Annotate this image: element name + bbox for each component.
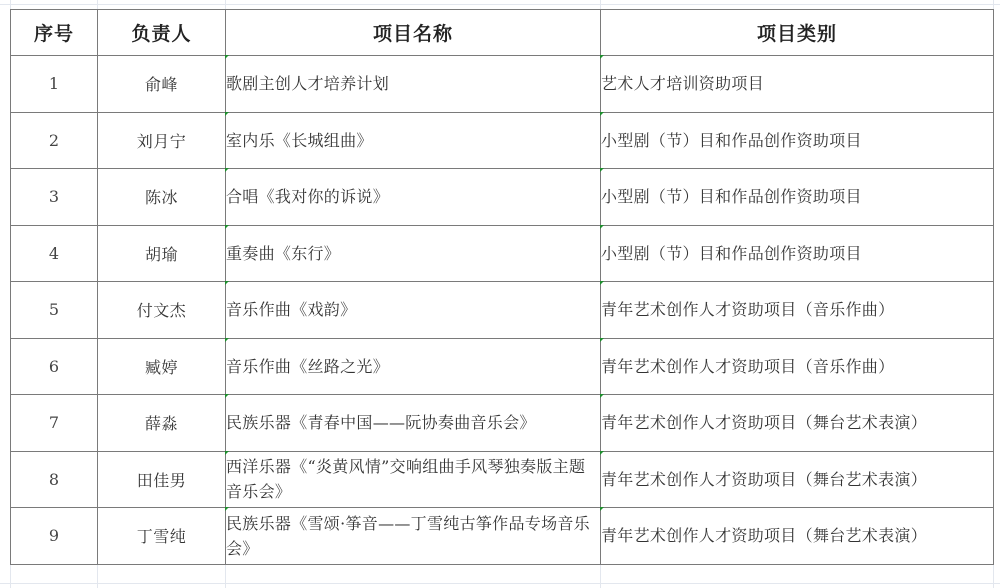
cell-category-text: 青年艺术创作人才资助项目（舞台艺术表演） [601,470,927,489]
header-cell-category[interactable]: 项目类别 [601,10,994,56]
cell-title-text: 音乐作曲《丝路之光》 [226,357,389,376]
header-cell-title[interactable]: 项目名称 [226,10,601,56]
table-row: 7 薛淼 民族乐器《青春中国——阮协奏曲音乐会》 青年艺术创作人才资助项目（舞台… [11,395,994,452]
error-indicator-icon [225,168,229,172]
cell-owner[interactable]: 田佳男 [98,451,226,508]
cell-category[interactable]: 青年艺术创作人才资助项目（音乐作曲） [601,338,994,395]
cell-title[interactable]: 重奏曲《东行》 [226,225,601,282]
cell-title-text: 合唱《我对你的诉说》 [226,187,389,206]
cell-title-text: 音乐作曲《戏韵》 [226,300,356,319]
cell-owner[interactable]: 胡瑜 [98,225,226,282]
cell-category-text: 青年艺术创作人才资助项目（舞台艺术表演） [601,526,927,545]
cell-no[interactable]: 2 [11,112,98,169]
cell-title-text: 歌剧主创人才培养计划 [226,74,389,93]
cell-no[interactable]: 7 [11,395,98,452]
error-indicator-icon [225,225,229,229]
cell-category-text: 青年艺术创作人才资助项目（音乐作曲） [601,357,894,376]
cell-category-text: 小型剧（节）目和作品创作资助项目 [601,187,862,206]
cell-category-text: 艺术人才培训资助项目 [601,74,764,93]
cell-category[interactable]: 小型剧（节）目和作品创作资助项目 [601,112,994,169]
cell-owner[interactable]: 丁雪纯 [98,508,226,565]
error-indicator-icon [225,281,229,285]
table-row: 5 付文杰 音乐作曲《戏韵》 青年艺术创作人才资助项目（音乐作曲） [11,282,994,339]
error-indicator-icon [225,451,229,455]
cell-title[interactable]: 民族乐器《雪颂·筝音——丁雪纯古筝作品专场音乐会》 [226,508,601,565]
cell-owner[interactable]: 付文杰 [98,282,226,339]
error-indicator-icon [225,338,229,342]
error-indicator-icon [600,55,604,59]
table-row: 9 丁雪纯 民族乐器《雪颂·筝音——丁雪纯古筝作品专场音乐会》 青年艺术创作人才… [11,508,994,565]
cell-no[interactable]: 8 [11,451,98,508]
cell-title-text: 西洋乐器《“炎黄风情”交响组曲手风琴独奏版主题音乐会》 [226,457,585,501]
cell-category[interactable]: 小型剧（节）目和作品创作资助项目 [601,169,994,226]
header-cell-no[interactable]: 序号 [11,10,98,56]
error-indicator-icon [600,451,604,455]
cell-owner[interactable]: 薛淼 [98,395,226,452]
cell-category[interactable]: 青年艺术创作人才资助项目（舞台艺术表演） [601,395,994,452]
header-cell-owner[interactable]: 负责人 [98,10,226,56]
cell-title[interactable]: 音乐作曲《丝路之光》 [226,338,601,395]
error-indicator-icon [600,507,604,511]
error-indicator-icon [225,55,229,59]
cell-owner[interactable]: 俞峰 [98,56,226,113]
error-indicator-icon [600,338,604,342]
cell-owner[interactable]: 臧婷 [98,338,226,395]
cell-title-text: 民族乐器《青春中国——阮协奏曲音乐会》 [226,413,536,432]
table-row: 2 刘月宁 室内乐《长城组曲》 小型剧（节）目和作品创作资助项目 [11,112,994,169]
cell-owner[interactable]: 刘月宁 [98,112,226,169]
cell-category[interactable]: 青年艺术创作人才资助项目（舞台艺术表演） [601,508,994,565]
cell-no[interactable]: 1 [11,56,98,113]
cell-title[interactable]: 音乐作曲《戏韵》 [226,282,601,339]
cell-owner[interactable]: 陈冰 [98,169,226,226]
cell-no[interactable]: 5 [11,282,98,339]
error-indicator-icon [600,394,604,398]
cell-category[interactable]: 小型剧（节）目和作品创作资助项目 [601,225,994,282]
error-indicator-icon [225,394,229,398]
header-row: 序号 负责人 项目名称 项目类别 [11,10,994,56]
table-row: 3 陈冰 合唱《我对你的诉说》 小型剧（节）目和作品创作资助项目 [11,169,994,226]
cell-title[interactable]: 歌剧主创人才培养计划 [226,56,601,113]
cell-category-text: 小型剧（节）目和作品创作资助项目 [601,131,862,150]
cell-category[interactable]: 艺术人才培训资助项目 [601,56,994,113]
error-indicator-icon [600,168,604,172]
table-row: 1 俞峰 歌剧主创人才培养计划 艺术人才培训资助项目 [11,56,994,113]
error-indicator-icon [600,225,604,229]
cell-category-text: 青年艺术创作人才资助项目（音乐作曲） [601,300,894,319]
cell-title-text: 重奏曲《东行》 [226,244,340,263]
table-row: 4 胡瑜 重奏曲《东行》 小型剧（节）目和作品创作资助项目 [11,225,994,282]
table-row: 8 田佳男 西洋乐器《“炎黄风情”交响组曲手风琴独奏版主题音乐会》 青年艺术创作… [11,451,994,508]
cell-no[interactable]: 3 [11,169,98,226]
cell-category-text: 青年艺术创作人才资助项目（舞台艺术表演） [601,413,927,432]
error-indicator-icon [600,112,604,116]
cell-title[interactable]: 合唱《我对你的诉说》 [226,169,601,226]
cell-title[interactable]: 室内乐《长城组曲》 [226,112,601,169]
cell-title[interactable]: 西洋乐器《“炎黄风情”交响组曲手风琴独奏版主题音乐会》 [226,451,601,508]
table-row: 6 臧婷 音乐作曲《丝路之光》 青年艺术创作人才资助项目（音乐作曲） [11,338,994,395]
cell-no[interactable]: 6 [11,338,98,395]
cell-no[interactable]: 9 [11,508,98,565]
cell-category-text: 小型剧（节）目和作品创作资助项目 [601,244,862,263]
cell-title[interactable]: 民族乐器《青春中国——阮协奏曲音乐会》 [226,395,601,452]
cell-category[interactable]: 青年艺术创作人才资助项目（音乐作曲） [601,282,994,339]
cell-no[interactable]: 4 [11,225,98,282]
error-indicator-icon [225,112,229,116]
error-indicator-icon [225,507,229,511]
cell-title-text: 民族乐器《雪颂·筝音——丁雪纯古筝作品专场音乐会》 [226,514,590,558]
cell-category[interactable]: 青年艺术创作人才资助项目（舞台艺术表演） [601,451,994,508]
error-indicator-icon [600,281,604,285]
project-table: 序号 负责人 项目名称 项目类别 1 俞峰 歌剧主创人才培养计划 艺术人才培训资… [10,9,994,565]
cell-title-text: 室内乐《长城组曲》 [226,131,373,150]
